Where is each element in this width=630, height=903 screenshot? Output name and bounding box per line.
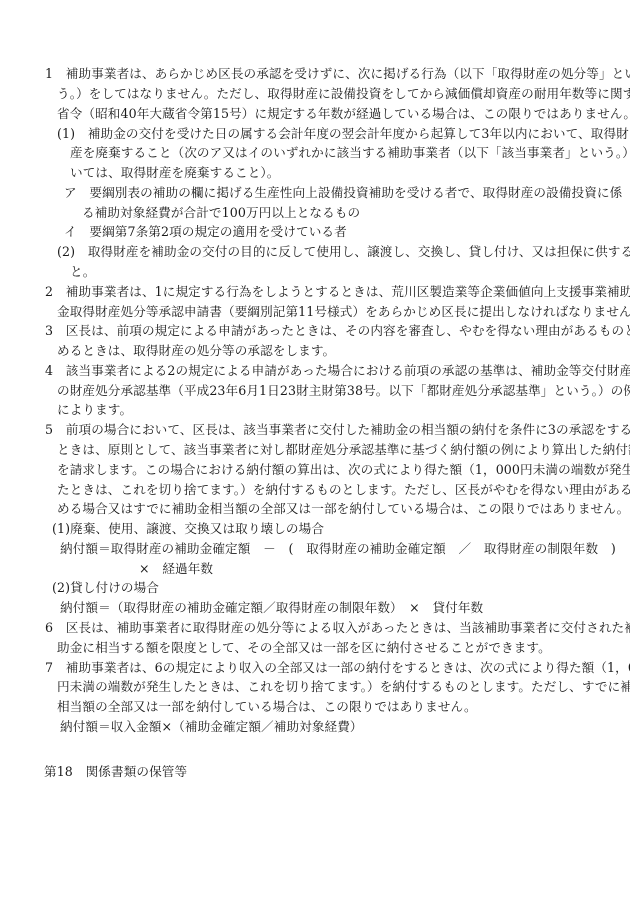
document-text-line: る補助対象経費が合計で100万円以上となるもの: [82, 203, 360, 222]
document-text-line: 産を廃棄すること（次のア又はイのいずれかに該当する補助事業者（以下「該当事業者」…: [70, 143, 630, 162]
document-text-line: 納付額＝収入金額×（補助金確定額／補助対象経費）: [60, 717, 363, 736]
document-text-line: (2) 取得財産を補助金の交付の目的に反して使用し、譲渡し、交換し、貸し付け、又…: [57, 242, 630, 261]
document-text-line: と。: [70, 262, 95, 281]
document-text-line: めるときは、取得財産の処分等の承認をします。: [57, 341, 335, 360]
document-text-line: 省令（昭和40年大蔵省令第15号）に規定する年数が経過している場合は、この限りで…: [57, 104, 630, 123]
document-text-line: (2)貸し付けの場合: [52, 578, 159, 597]
document-text-line: 3 区長は、前項の規定による申請があったときは、その内容を審査し、やむを得ない理…: [45, 321, 630, 340]
document-text-line: 円未満の端数が発生したときは、これを切り捨てます。）を納付するものとします。ただ…: [57, 677, 630, 696]
document-page: 1 補助事業者は、あらかじめ区長の承認を受けずに、次に掲げる行為（以下「取得財産…: [0, 0, 630, 903]
document-text-line: 1 補助事業者は、あらかじめ区長の承認を受けずに、次に掲げる行為（以下「取得財産…: [45, 64, 630, 83]
document-text-line: 5 前項の場合において、区長は、該当事業者に交付した補助金の相当額の納付を条件に…: [45, 420, 630, 439]
document-text-line: を請求します。この場合における納付額の算出は、次の式により得た額（1，000円未…: [57, 460, 630, 479]
document-text-line: う。）をしてはなりません。ただし、取得財産に設備投資をしてから減価償却資産の耐用…: [57, 84, 630, 103]
document-text-line: によります。: [57, 400, 132, 419]
document-text-line: 7 補助事業者は、6の規定により収入の全部又は一部の納付をするときは、次の式によ…: [45, 658, 630, 677]
document-text-line: める場合又はすでに補助金相当額の全部又は一部を納付している場合は、この限りではあ…: [57, 499, 629, 518]
document-text-line: 助金に相当する額を限度として、その全部又は一部を区に納付させることができます。: [57, 638, 551, 657]
document-text-line: の財産処分承認基準（平成23年6月1日23財主財第38号。以下「都財産処分承認基…: [57, 381, 630, 400]
section-heading: 第18 関係書類の保管等: [44, 762, 187, 781]
document-text-line: イ 要綱第7条第2項の規定の適用を受けている者: [64, 222, 347, 241]
document-text-line: (1) 補助金の交付を受けた日の属する会計年度の翌会計年度から起算して3年以内に…: [57, 124, 629, 143]
document-text-line: (1)廃棄、使用、譲渡、交換又は取り壊しの場合: [52, 519, 324, 538]
document-text-line: 6 区長は、補助事業者に取得財産の処分等による収入があったときは、当該補助事業者…: [45, 618, 630, 637]
document-text-line: いては、取得財産を廃棄すること）。: [70, 163, 280, 182]
document-text-line: 2 補助事業者は、1に規定する行為をしようとするときは、荒川区製造業等企業価値向…: [45, 282, 630, 301]
document-text-line: 納付額＝（取得財産の補助金確定額／取得財産の制限年数） × 貸付年数: [60, 598, 483, 617]
document-text-line: × 経過年数: [139, 559, 213, 578]
document-text-line: たときは、これを切り捨てます。）を納付するものとします。ただし、区長がやむを得な…: [57, 480, 630, 499]
document-text-line: 納付額＝取得財産の補助金確定額 － ( 取得財産の補助金確定額 ／ 取得財産の制…: [60, 539, 616, 558]
document-text-line: 4 該当事業者による2の規定による申請があった場合における前項の承認の基準は、補…: [45, 361, 630, 380]
document-text-line: ときは、原則として、該当事業者に対し都財産処分承認基準に基づく納付額の例により算…: [57, 440, 630, 459]
document-text-line: 相当額の全部又は一部を納付している場合は、この限りではありません。: [57, 697, 477, 716]
document-text-line: 金取得財産処分等承認申請書（要綱別記第11号様式）をあらかじめ区長に提出しなけれ…: [57, 302, 630, 321]
document-text-line: ア 要綱別表の補助の欄に掲げる生産性向上設備投資補助を受ける者で、取得財産の設備…: [64, 183, 622, 202]
